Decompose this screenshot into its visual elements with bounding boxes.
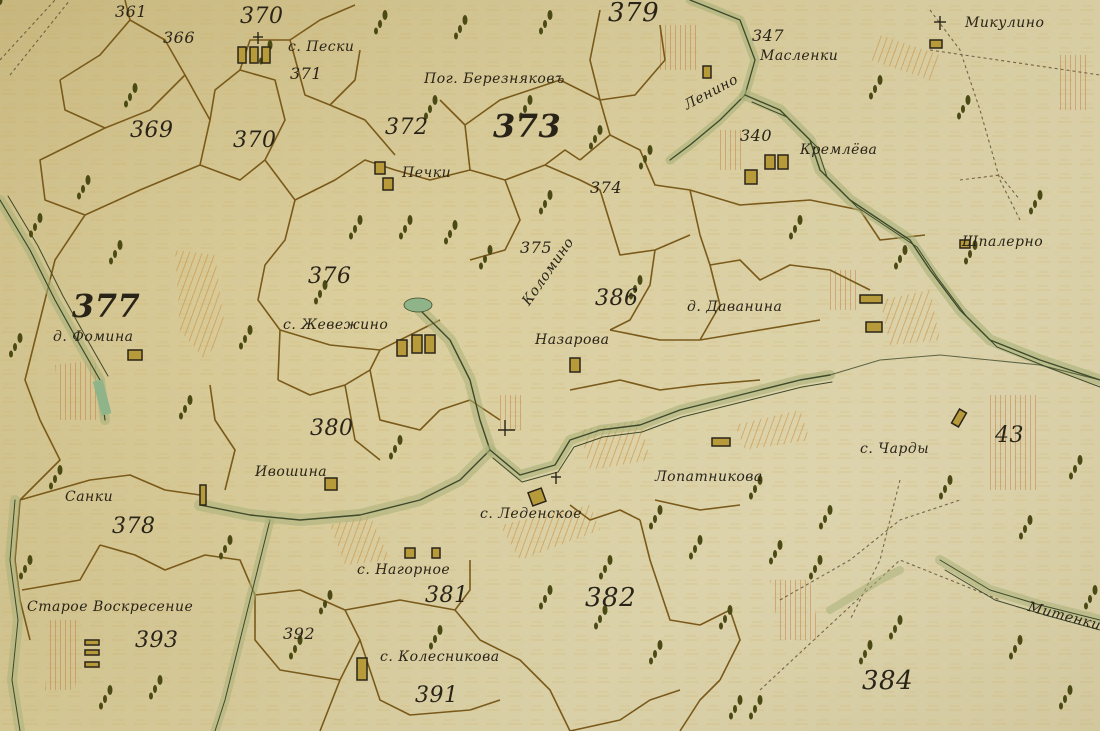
parcel-number-371: 371	[290, 66, 322, 82]
place-label-lopatnikova: Лопатникова	[655, 470, 763, 484]
place-label-mikulino: Микулино	[965, 16, 1044, 30]
place-label-nagornoe: с. Нагорное	[357, 563, 450, 577]
place-label-pechki: Печки	[402, 166, 451, 180]
parcel-number-382: 382	[585, 585, 636, 611]
parcel-number-370-b: 370	[233, 130, 277, 152]
parcel-number-43: 43	[995, 425, 1024, 447]
parcel-number-370: 370	[240, 6, 284, 28]
historical-map: 361 366 370 371 369 370 372 373 379 374 …	[0, 0, 1100, 731]
parcel-number-392: 392	[283, 626, 315, 642]
parcel-number-380: 380	[310, 418, 354, 440]
parcel-number-377: 377	[72, 290, 140, 322]
parcel-number-379: 379	[608, 0, 659, 26]
place-label-kolesnikova: с. Колесникова	[380, 650, 500, 664]
place-label-staroe-voskresenie: Старое Воскресение	[27, 600, 193, 614]
parcel-number-386: 386	[595, 288, 639, 310]
place-label-chardy: с. Чарды	[860, 442, 929, 456]
place-label-kremlyova: Кремлёва	[800, 143, 877, 157]
parcel-number-369: 369	[130, 120, 174, 142]
parcel-number-340: 340	[740, 128, 772, 144]
parcel-number-376: 376	[308, 266, 352, 288]
place-label-zhevezhino: с. Жевежино	[283, 318, 388, 332]
parcel-number-347: 347	[752, 28, 784, 44]
place-label-ivoshino: Ивошина	[255, 465, 327, 479]
parcel-number-381: 381	[425, 585, 469, 607]
parcel-number-372: 372	[385, 117, 429, 139]
parcel-number-375: 375	[520, 240, 552, 256]
parcel-number-361: 361	[115, 4, 147, 20]
place-label-nazarova: Назарова	[535, 333, 609, 347]
place-label-sanki: Санки	[65, 490, 113, 504]
place-label-berezhnikovy: Пог. Березняковъ	[424, 72, 565, 86]
parcel-number-366: 366	[163, 30, 195, 46]
pond	[404, 298, 432, 312]
parcel-number-373: 373	[493, 110, 561, 142]
place-label-maslenki: Масленки	[760, 49, 838, 63]
place-label-sedenskoe: с. Леденское	[480, 507, 582, 521]
place-label-fomina: д. Фомина	[53, 330, 134, 344]
place-label-peski: с. Пески	[288, 40, 354, 54]
parcel-number-374: 374	[590, 180, 622, 196]
parcel-number-378: 378	[112, 516, 156, 538]
parcel-number-384: 384	[862, 668, 913, 694]
place-label-dudanino: д. Даванина	[687, 300, 782, 314]
place-label-shpalerno: Шпалерно	[962, 235, 1043, 249]
parcel-number-391: 391	[415, 685, 459, 707]
parcel-number-393: 393	[135, 630, 179, 652]
